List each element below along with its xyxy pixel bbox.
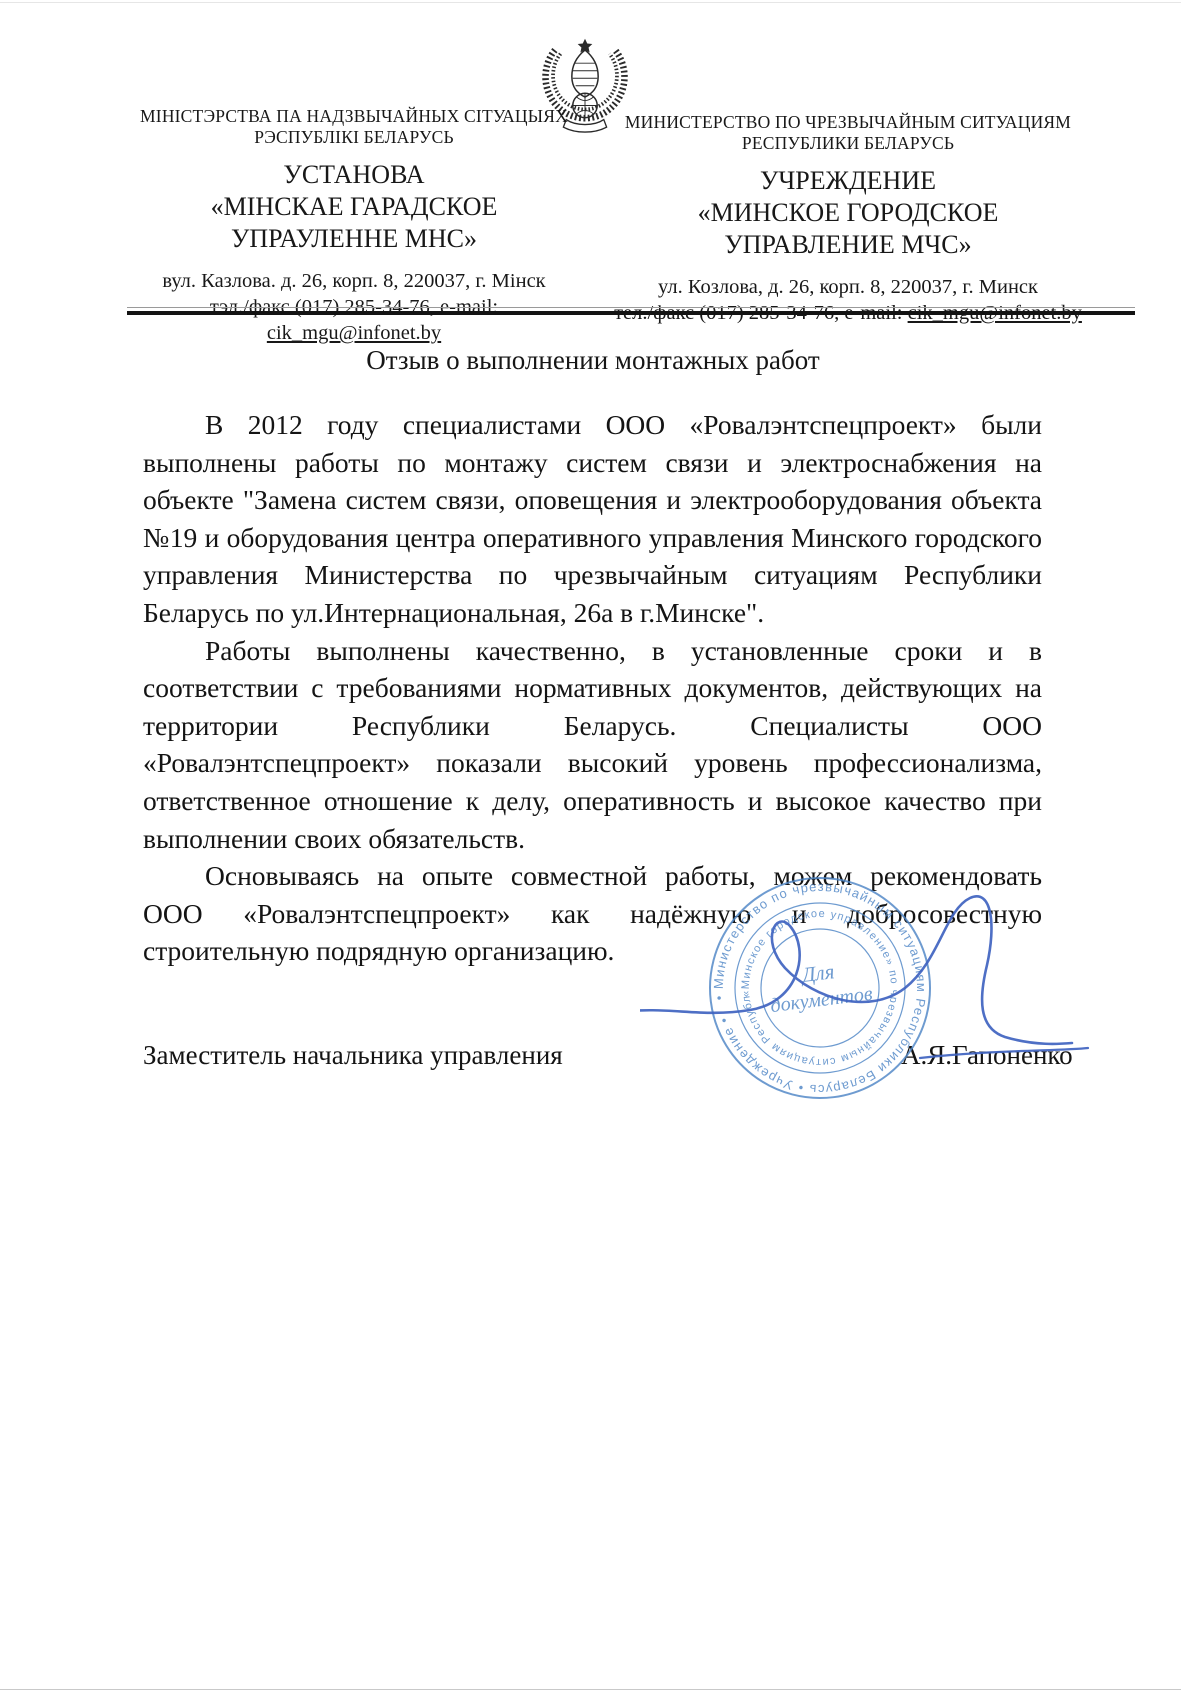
letterhead-right-column: МИНИСТЕРСТВО ПО ЧРЕЗВЫЧАЙНЫМ СИТУАЦИЯМ Р… [610, 112, 1086, 326]
org-name-by-line2: УПРАУЛЕННЕ МНС» [126, 223, 582, 255]
ministry-name-ru: МИНИСТЕРСТВО ПО ЧРЕЗВЫЧАЙНЫМ СИТУАЦИЯМ [610, 112, 1086, 133]
stamp-center-line2: документов [769, 983, 874, 1017]
letterhead-left-column: МІНІСТЭРСТВА ПА НАДЗВЫЧАЙНЫХ СІТУАЦЫЯХ Р… [126, 106, 582, 346]
signer-name: А.Я.Гапоненко [901, 1040, 1073, 1071]
signer-position-title: Заместитель начальника управления [143, 1040, 563, 1071]
country-name-ru: РЕСПУБЛИКИ БЕЛАРУСЬ [610, 133, 1086, 154]
org-type-ru: УЧРЕЖДЕНИЕ [610, 165, 1086, 197]
scan-artifact-top [0, 2, 1181, 3]
document-body: В 2012 году специалистами ООО «Ровалэнтс… [143, 406, 1042, 970]
paragraph-1: В 2012 году специалистами ООО «Ровалэнтс… [143, 406, 1042, 632]
address-by: вул. Казлова. д. 26, корп. 8, 220037, г.… [126, 268, 582, 294]
letterhead-divider-rule [127, 311, 1135, 315]
country-name-by: РЭСПУБЛІКІ БЕЛАРУСЬ [126, 127, 582, 148]
email-by: cik_mgu@infonet.by [267, 322, 441, 344]
org-name-ru-line2: УПРАВЛЕНИЕ МЧС» [610, 229, 1086, 261]
org-name-by-line1: «МІНСКАЕ ГАРАДСКОЕ [126, 191, 582, 223]
address-ru: ул. Козлова, д. 26, корп. 8, 220037, г. … [610, 274, 1086, 300]
ministry-name-by: МІНІСТЭРСТВА ПА НАДЗВЫЧАЙНЫХ СІТУАЦЫЯХ [126, 106, 582, 127]
org-type-by: УСТАНОВА [126, 159, 582, 191]
paragraph-2: Работы выполнены качественно, в установл… [143, 632, 1042, 858]
paragraph-3: Основываясь на опыте совместной работы, … [143, 857, 1042, 970]
contact-by: тэл./факс (017) 285-34-76, e-mail: cik_m… [126, 294, 582, 346]
scanned-letter-page: МІНІСТЭРСТВА ПА НАДЗВЫЧАЙНЫХ СІТУАЦЫЯХ Р… [0, 0, 1181, 1696]
letterhead-rule-shadow [127, 307, 1135, 308]
document-title: Отзыв о выполнении монтажных работ [143, 345, 1043, 376]
org-name-ru-line1: «МИНСКОЕ ГОРОДСКОЕ [610, 197, 1086, 229]
scan-artifact-bottom [0, 1689, 1181, 1690]
